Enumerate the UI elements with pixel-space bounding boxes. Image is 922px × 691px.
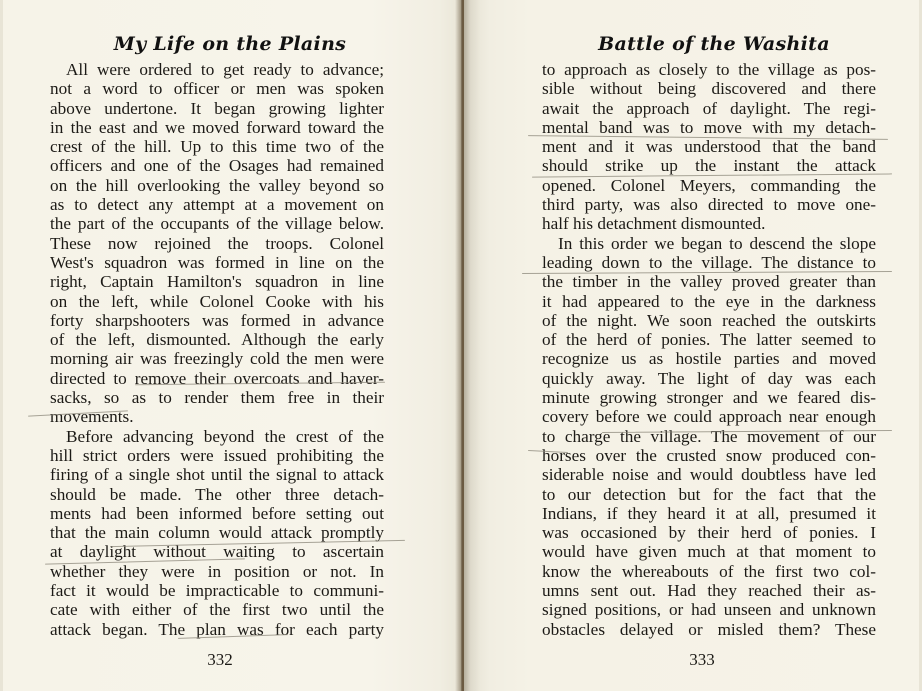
text-line: movements. (50, 407, 384, 426)
text-line: should strike up the instant the attack (542, 156, 876, 175)
text-line: await the approach of daylight. The regi… (542, 99, 876, 118)
text-line: of the herd of ponies. The latter seemed… (542, 330, 876, 349)
text-line: on the left, while Colonel Cooke with hi… (50, 292, 384, 311)
text-line: would have given much at that moment to (542, 542, 876, 561)
text-line: obstacles delayed or misled them? These (542, 620, 876, 639)
text-line: to our detection but for the fact that t… (542, 485, 876, 504)
text-line: In this order we began to descend the sl… (542, 234, 876, 253)
text-line: on the hill overlooking the valley beyon… (50, 176, 384, 195)
running-head: Battle of the Washita (544, 33, 884, 55)
text-line: fact it would be impracticable to commun… (50, 581, 384, 600)
text-line: directed to remove their overcoats and h… (50, 369, 384, 388)
text-line: firing of a single shot until the signal… (50, 465, 384, 484)
page-number: 332 (185, 650, 255, 670)
page-edge (0, 0, 3, 691)
text-line: These now rejoined the troops. Colonel (50, 234, 384, 253)
text-line: covery before we could approach near eno… (542, 407, 876, 426)
text-line: was occasioned by their herd of ponies. … (542, 523, 876, 542)
text-line: that the main column would attack prompt… (50, 523, 384, 542)
text-line: signed positions, or had unseen and unkn… (542, 600, 876, 619)
text-line: in the east and we moved forward toward … (50, 118, 384, 137)
text-line: it had appeared to the eye in the darkne… (542, 292, 876, 311)
text-line: ment and it was understood that the band (542, 137, 876, 156)
text-line: not a word to officer or men was spoken (50, 79, 384, 98)
text-line: hill strict orders were issued prohibiti… (50, 446, 384, 465)
text-line: know the whereabouts of the first two co… (542, 562, 876, 581)
text-line: mental band was to move with my detach- (542, 118, 876, 137)
text-line: sible without being discovered and there (542, 79, 876, 98)
text-line: right, Captain Hamilton's squadron in li… (50, 272, 384, 291)
text-line: of the night. We soon reached the outski… (542, 311, 876, 330)
text-line: siderable noise and would doubtless have… (542, 465, 876, 484)
text-line: minute growing stronger and we feared di… (542, 388, 876, 407)
text-line: recognize us as hostile parties and move… (542, 349, 876, 368)
gutter-shadow (464, 0, 480, 691)
text-line: quickly away. The light of day was each (542, 369, 876, 388)
text-line: of the left, dismounted. Although the ea… (50, 330, 384, 349)
text-line: forty sharpshooters was formed in advanc… (50, 311, 384, 330)
text-line: horses over the crusted snow produced co… (542, 446, 876, 465)
text-line: All were ordered to get ready to advance… (50, 60, 384, 79)
left-page: My Life on the Plains All were ordered t… (0, 0, 462, 691)
text-line: half his detachment dismounted. (542, 214, 876, 233)
text-line: cate with either of the first two until … (50, 600, 384, 619)
running-head: My Life on the Plains (50, 33, 410, 55)
text-line: umns sent out. Had they reached their as… (542, 581, 876, 600)
text-line: opened. Colonel Meyers, commanding the (542, 176, 876, 195)
book-spread: My Life on the Plains All were ordered t… (0, 0, 922, 691)
text-line: to approach as closely to the village as… (542, 60, 876, 79)
text-line: whether they were in position or not. In (50, 562, 384, 581)
text-line: officers and one of the Osages had remai… (50, 156, 384, 175)
text-line: the timber in the valley proved greater … (542, 272, 876, 291)
text-line: crest of the hill. Up to this time two o… (50, 137, 384, 156)
text-line: West's squadron was formed in line on th… (50, 253, 384, 272)
text-line: ments had been informed before setting o… (50, 504, 384, 523)
text-line: Before advancing beyond the crest of the (50, 427, 384, 446)
text-line: third party, was also directed to move o… (542, 195, 876, 214)
text-line: leading down to the village. The distanc… (542, 253, 876, 272)
text-line: the part of the occupants of the village… (50, 214, 384, 233)
gutter-shadow (455, 0, 462, 691)
text-line: morning air was freezingly cold the men … (50, 349, 384, 368)
body-text: to approach as closely to the village as… (542, 60, 876, 639)
right-page: Battle of the Washita to approach as clo… (462, 0, 922, 691)
body-text: All were ordered to get ready to advance… (50, 60, 384, 639)
text-line: should be made. The other three detach- (50, 485, 384, 504)
text-line: as to detect any attempt at a movement o… (50, 195, 384, 214)
text-line: above undertone. It began growing lighte… (50, 99, 384, 118)
text-line: sacks, so as to render them free in thei… (50, 388, 384, 407)
text-line: Indians, if they heard it at all, presum… (542, 504, 876, 523)
page-number: 333 (667, 650, 737, 670)
